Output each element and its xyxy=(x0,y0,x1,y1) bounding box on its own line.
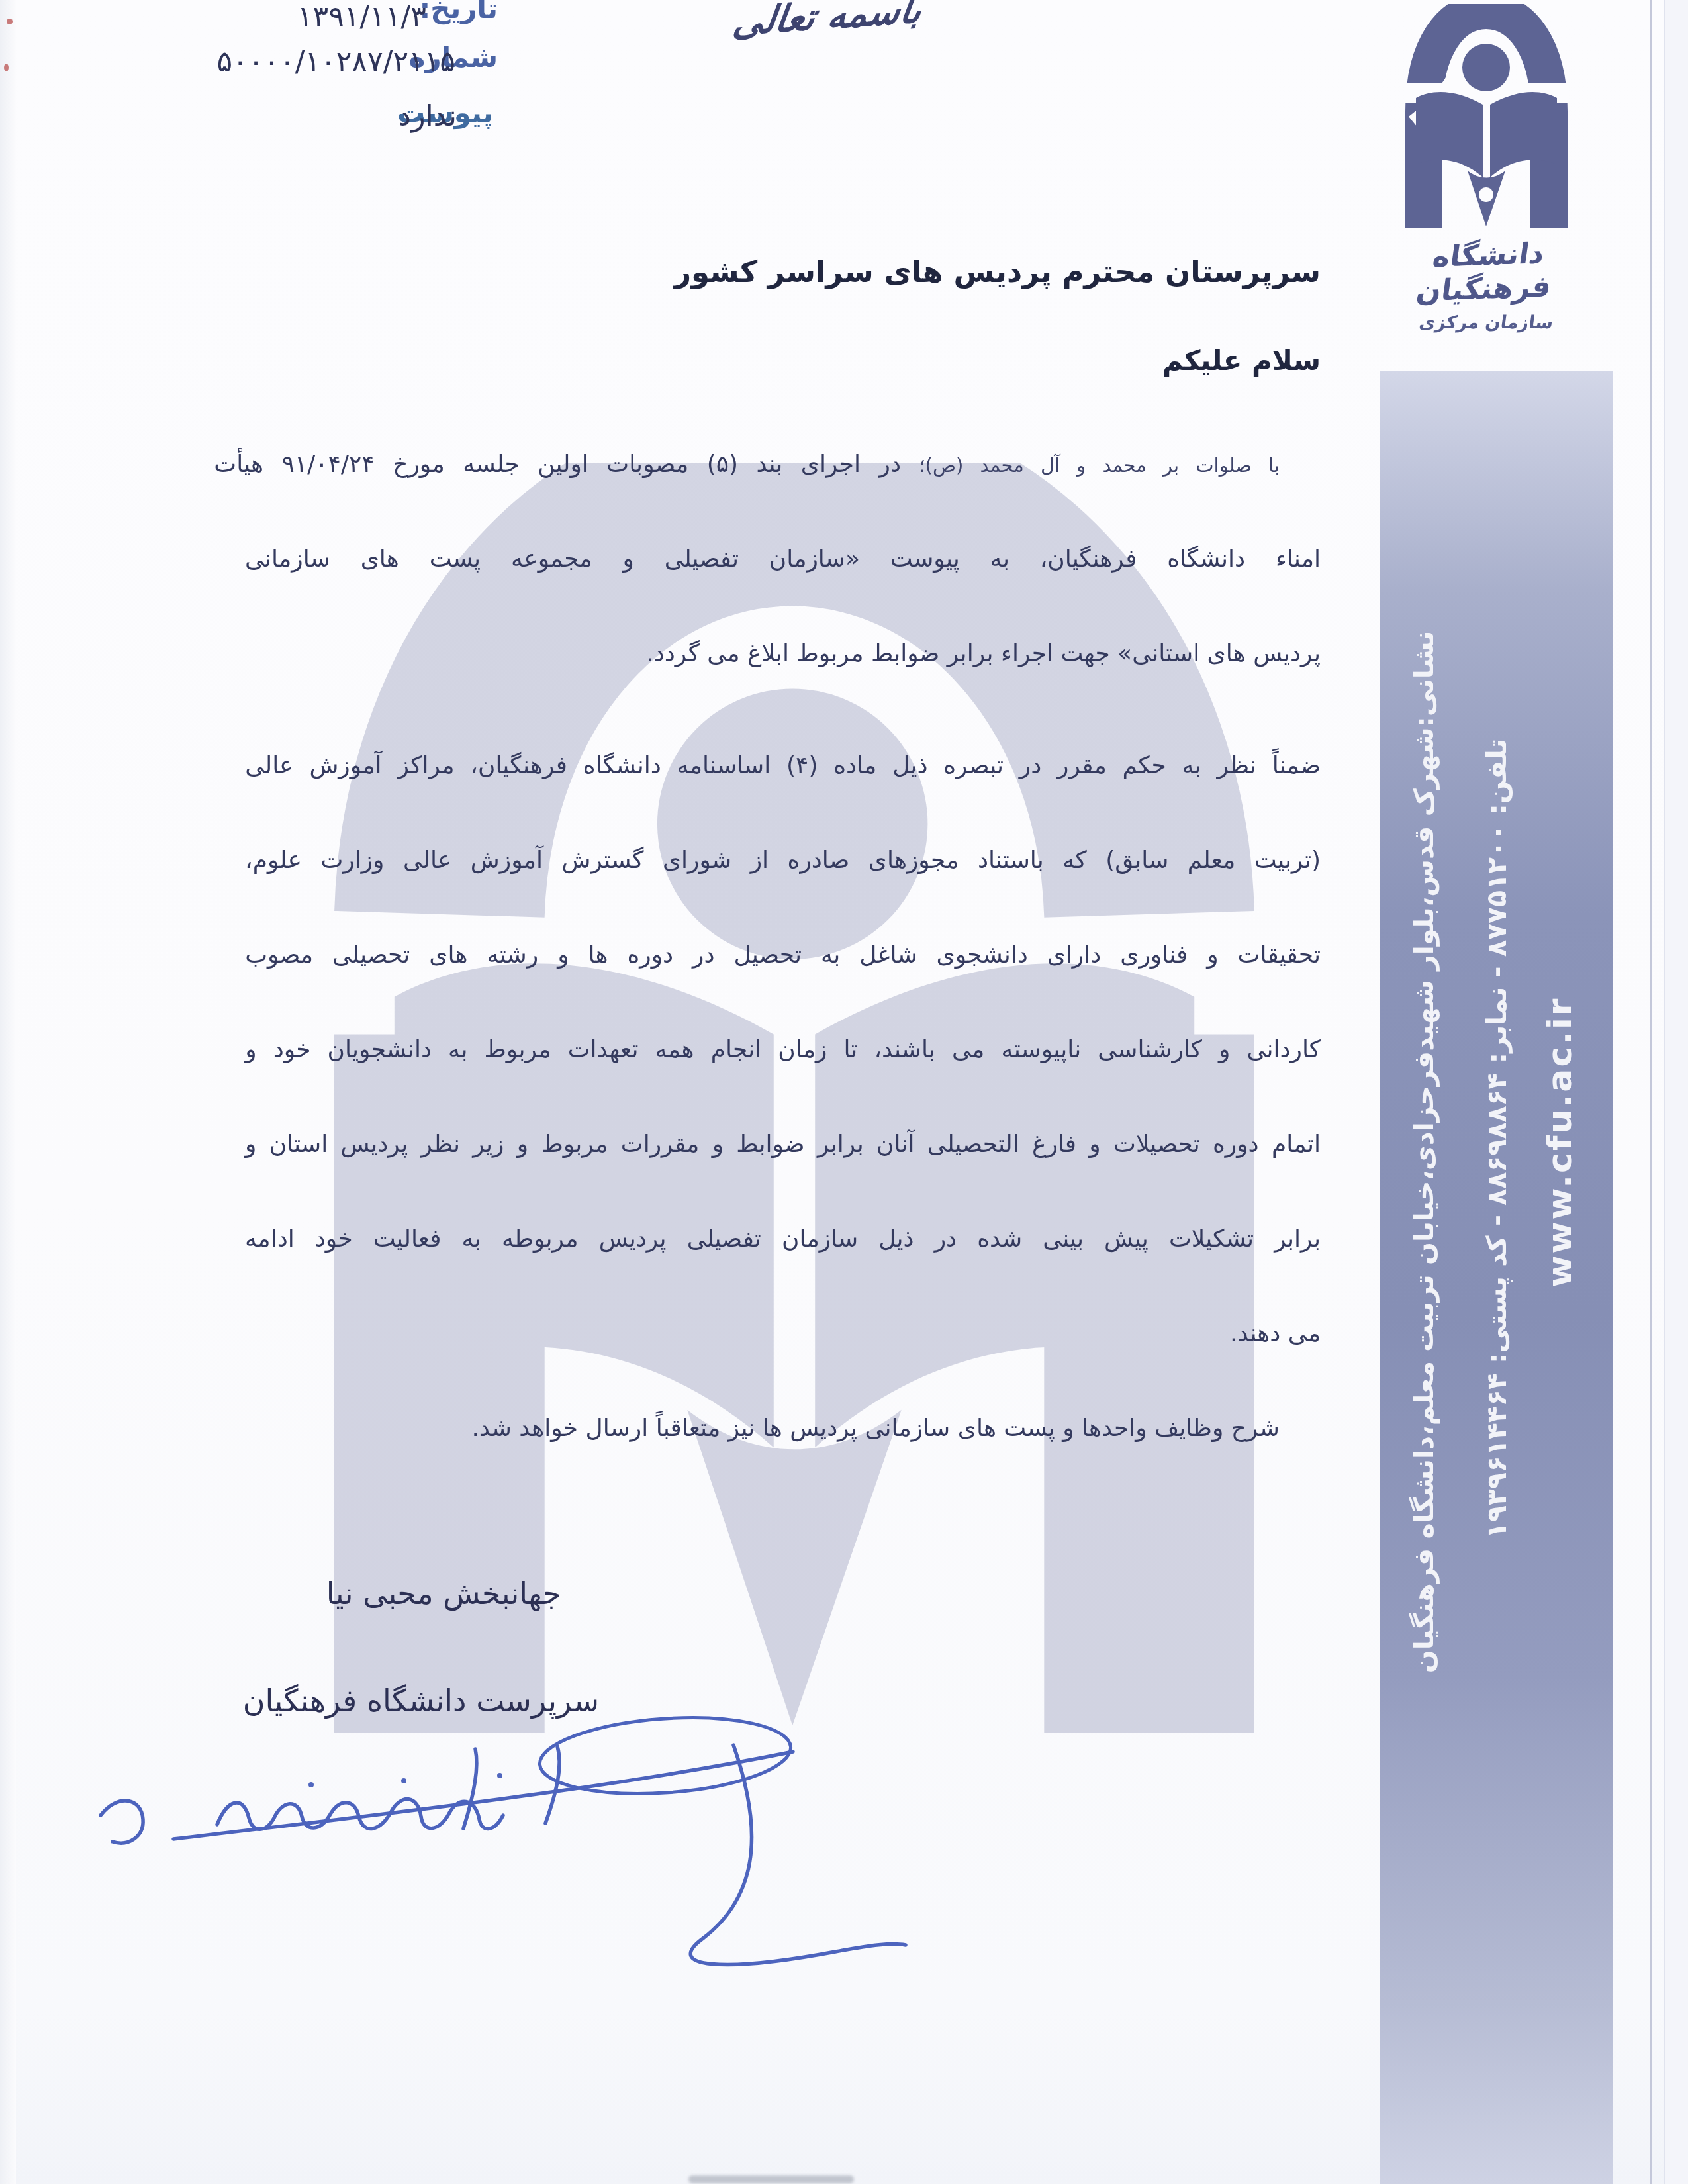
body-line: پردیس های استانی» جهت اجراء برابر ضوابط … xyxy=(245,606,1321,701)
date-label: تاریخ: xyxy=(419,0,498,24)
university-name: دانشگاه فرهنگیان xyxy=(1382,235,1591,309)
date-value: ۱۳۹۱/۱۱/۳ xyxy=(297,0,426,34)
scan-right-edge-line-2 xyxy=(1664,0,1665,2184)
body-line: امناءدانشگاهفرهنگیان،بهپیوست«سازمانتفصیل… xyxy=(245,512,1321,606)
scan-speck xyxy=(7,19,13,24)
scan-speck xyxy=(4,64,9,71)
body-line: شرح وظایف واحدها و پست های سازمانی پردیس… xyxy=(245,1381,1321,1476)
body-line: (تربیتمعلمسابق)کهباستنادمجوزهایصادرهازشو… xyxy=(245,813,1321,908)
university-logo: دانشگاه فرهنگیان سازمان مرکزی xyxy=(1387,4,1585,333)
body-line: تحقیقاتوفناوریدارایدانشجویشاغلبهتحصیلدرد… xyxy=(245,908,1321,1002)
scan-left-edge xyxy=(0,0,16,2184)
salutation-line: سلام علیکم xyxy=(1162,344,1321,377)
university-emblem-icon xyxy=(1405,4,1568,229)
body-line: با صلوات بر محمد و آل محمد (ص)؛ در اجرای… xyxy=(245,417,1321,512)
contact-info-band: نشانی:شهرک قدس،بلوار شهیدفرحزادی،خیابان … xyxy=(1380,371,1613,2184)
signatory-name: جهانبخش محبی نیا xyxy=(326,1576,561,1611)
body-line: برابرتشکیلاتپیشبینیشدهدرذیلسازمانتفصیلیپ… xyxy=(245,1192,1321,1286)
phone-fax-postal-text: تلفن: ۸۷۷۵۱۲۰۰ - نمابر: ۸۸۶۹۸۸۶۴ - کد پس… xyxy=(1481,739,1513,1539)
recipient-line: سرپرستان محترم پردیس های سراسر کشور xyxy=(674,254,1321,289)
scanned-letter-page: تاریخ: ۱۳۹۱/۱۱/۳ شماره ۵۰۰۰۰/۱۰۲۸۷/۲۱۱۵ … xyxy=(0,0,1688,2184)
body-line: می دهند. xyxy=(245,1286,1321,1381)
website-url: www.cfu.ac.ir xyxy=(1540,997,1580,1288)
attachment-value: ندارد xyxy=(399,99,457,133)
body-line-text: در اجرای بند (۵) مصوبات اولین جلسه مورخ … xyxy=(214,451,901,478)
body-line: کاردانیوکارشناسیناپیوستهمیباشند،تازمانان… xyxy=(245,1002,1321,1097)
number-value: ۵۰۰۰۰/۱۰۲۸۷/۲۱۱۵ xyxy=(216,45,455,79)
handwritten-signature xyxy=(66,1655,1059,2118)
besmele-calligraphy: باسمه تعالی xyxy=(706,0,949,46)
scan-right-edge-line xyxy=(1650,0,1652,2184)
body-line: ضمناًنظربهحکممقرردرتبصرهذیلماده(۴)اساسنا… xyxy=(245,718,1321,813)
opening-blessing: با صلوات بر محمد و آل محمد (ص)؛ xyxy=(919,454,1280,477)
body-line: اتمامدورهتحصیلاتوفارغالتحصیلیآنانبرابرضو… xyxy=(245,1097,1321,1192)
letter-body: با صلوات بر محمد و آل محمد (ص)؛ در اجرای… xyxy=(245,417,1321,1476)
scan-smudge xyxy=(688,2175,854,2183)
address-text: نشانی:شهرک قدس،بلوار شهیدفرحزادی،خیابان … xyxy=(1408,631,1440,1674)
central-organization-label: سازمان مرکزی xyxy=(1385,312,1587,333)
scan-right-margin xyxy=(1665,0,1688,2184)
